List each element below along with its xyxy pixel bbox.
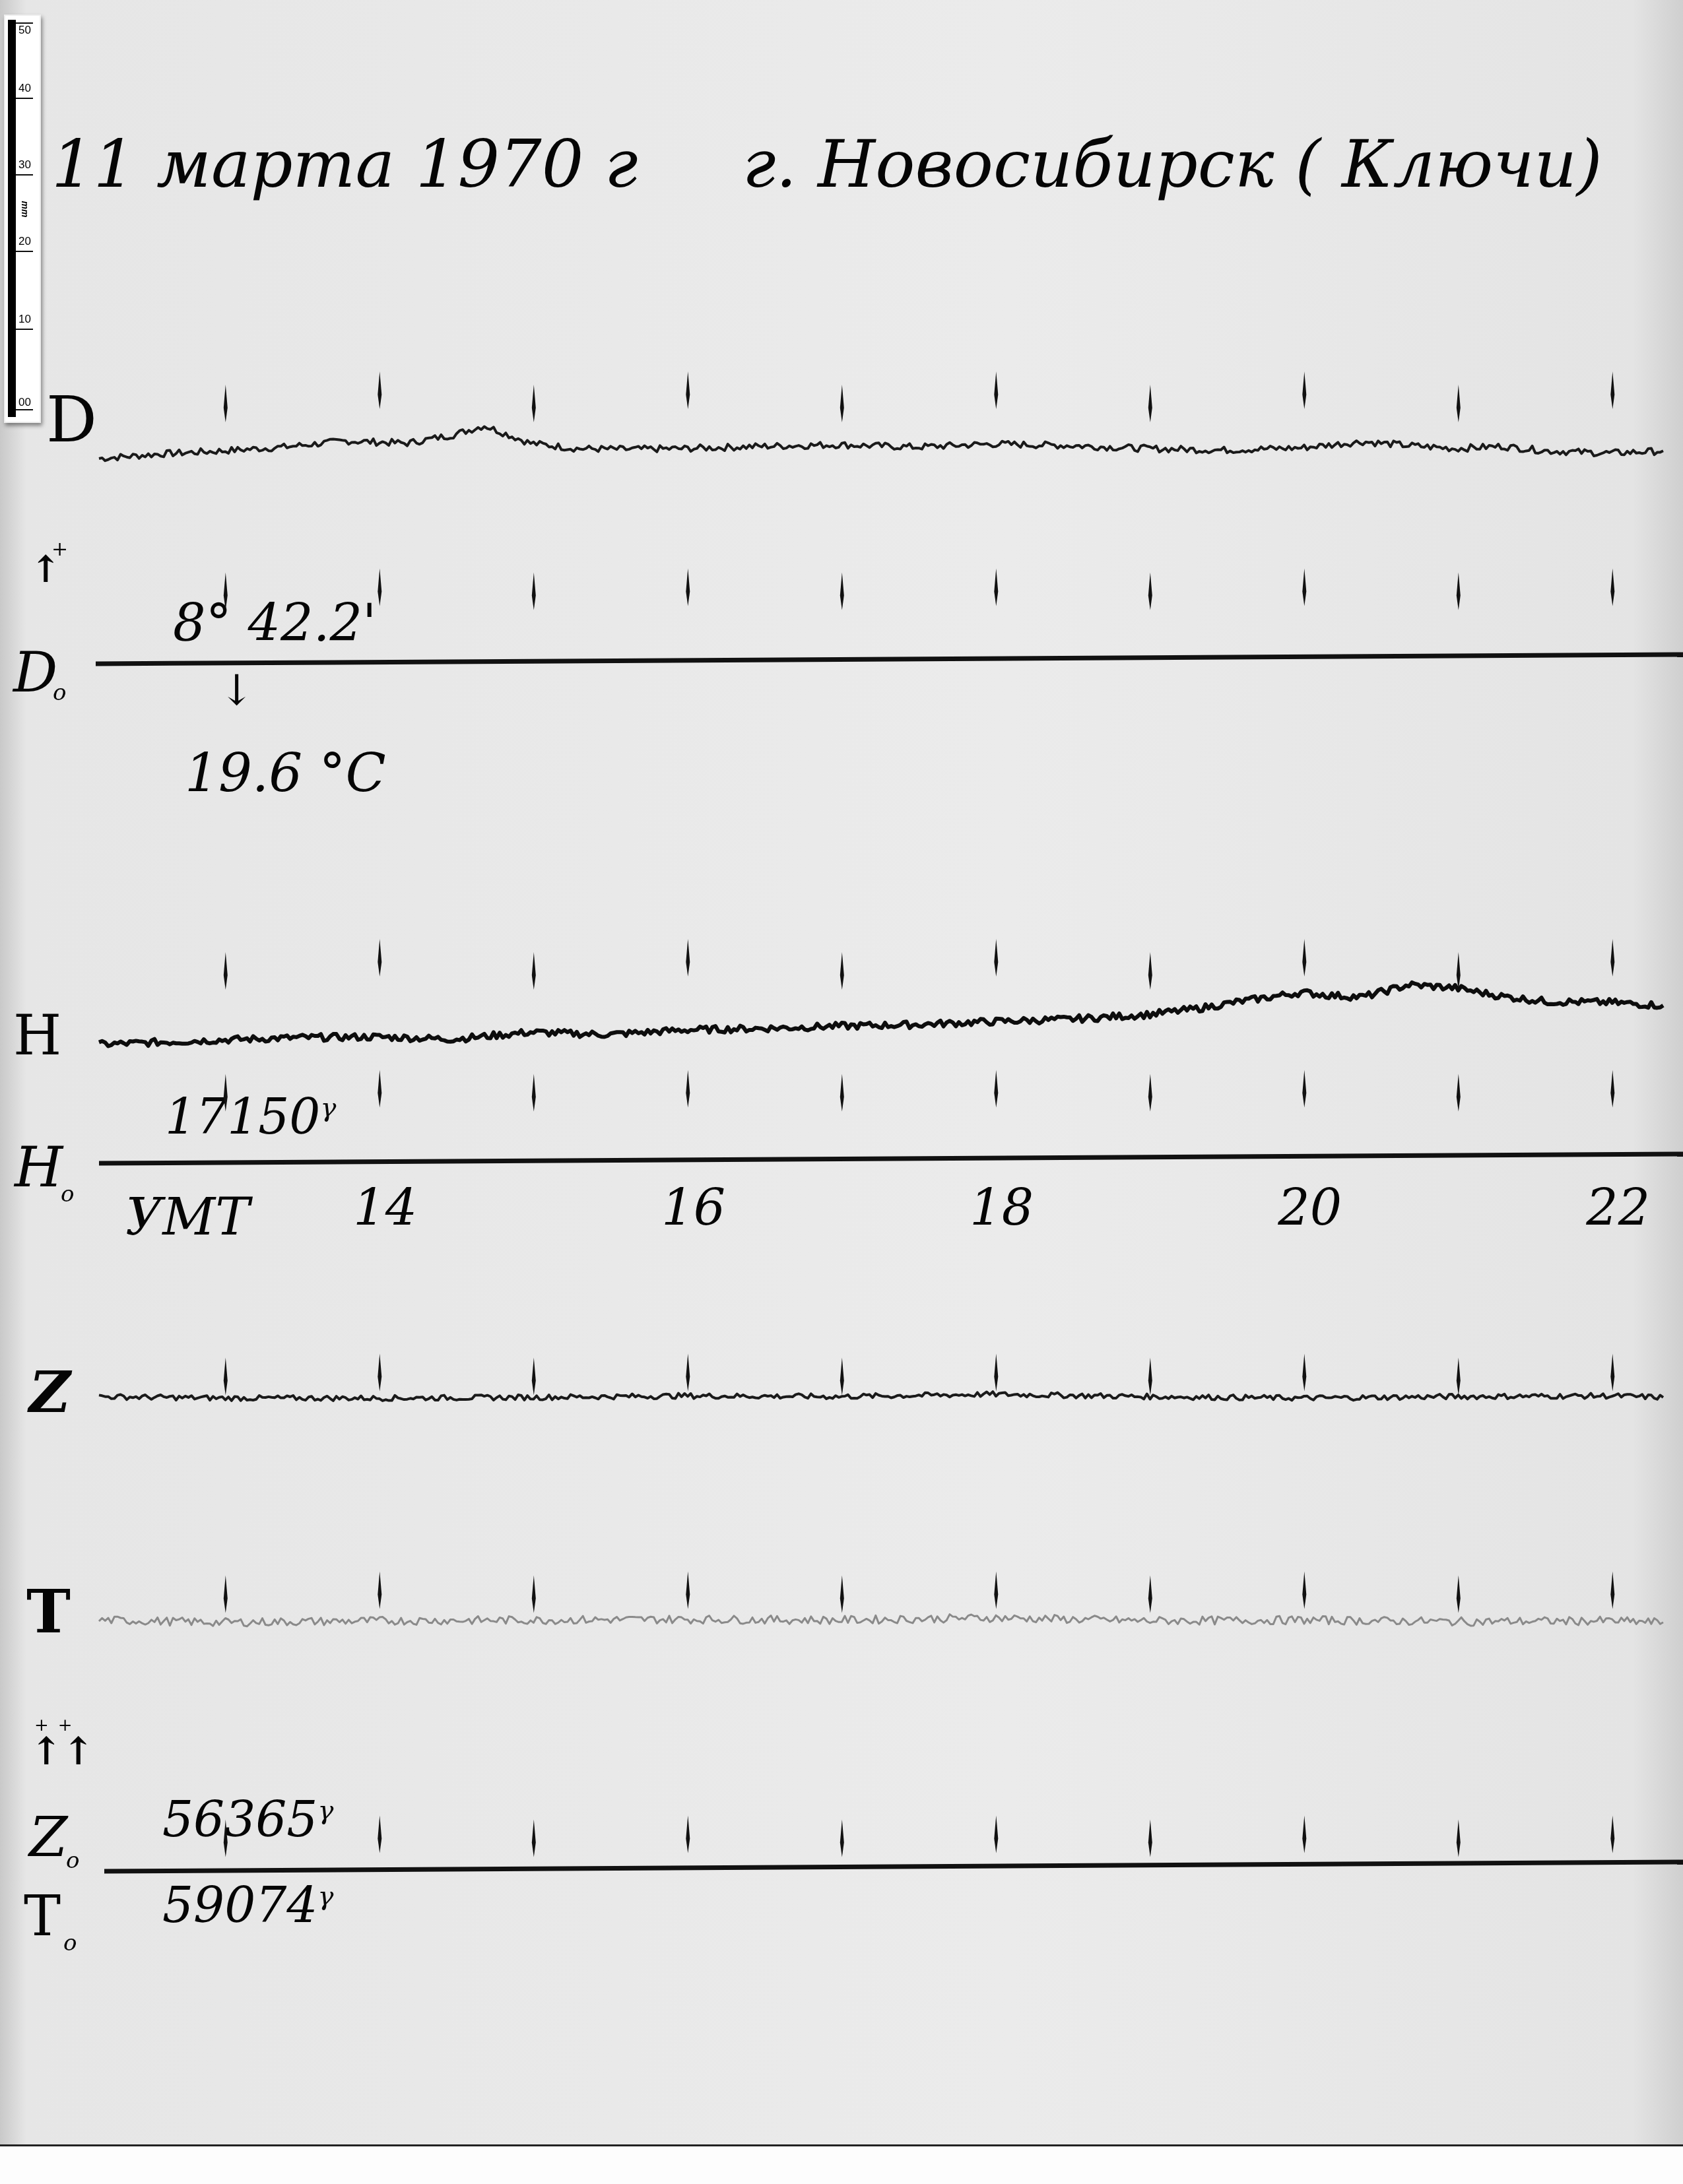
z0-hour-mark: [532, 1819, 536, 1857]
t-hour-mark: [1148, 1575, 1152, 1613]
h-hour-mark: [1610, 939, 1614, 977]
d-hour-mark: [686, 371, 690, 409]
z0-hour-mark: [840, 1819, 844, 1857]
trace-d: [99, 427, 1663, 461]
h0-baseline: [99, 1154, 1683, 1163]
z-hour-mark: [1148, 1357, 1152, 1395]
h0-hour-mark: [994, 1070, 998, 1107]
h0-hour-mark: [1302, 1070, 1306, 1107]
d-hour-mark: [378, 371, 381, 409]
h0-hour-mark: [532, 1074, 536, 1111]
z-hour-mark: [1302, 1353, 1306, 1391]
d-hour-mark: [1148, 385, 1152, 422]
z-hour-mark: [840, 1357, 844, 1395]
z-hour-mark: [532, 1357, 536, 1395]
h0-hour-mark: [378, 1070, 381, 1107]
h0-hour-mark: [1610, 1070, 1614, 1107]
h-hour-mark: [994, 939, 998, 977]
z0-hour-mark: [1148, 1819, 1152, 1857]
z0-hour-mark: [378, 1815, 381, 1853]
h-hour-mark: [532, 952, 536, 990]
z0-baseline: [104, 1862, 1683, 1871]
z0-hour-mark: [686, 1815, 690, 1853]
h-hour-mark: [840, 952, 844, 990]
z0-hour-mark: [1457, 1819, 1461, 1857]
d-hour-mark: [840, 385, 844, 422]
d0-hour-mark: [1302, 568, 1306, 606]
h0-hour-mark: [840, 1074, 844, 1111]
h0-hour-mark: [224, 1074, 228, 1111]
h0-hour-mark: [1148, 1074, 1152, 1111]
d0-hour-mark: [224, 572, 228, 610]
t-hour-mark: [1457, 1575, 1461, 1613]
t-hour-mark: [224, 1575, 228, 1613]
d0-hour-mark: [686, 568, 690, 606]
d0-hour-mark: [532, 572, 536, 610]
d0-hour-mark: [994, 568, 998, 606]
z0-hour-mark: [994, 1815, 998, 1853]
d0-hour-mark: [378, 568, 381, 606]
z-hour-mark: [1610, 1353, 1614, 1391]
z-hour-mark: [994, 1353, 998, 1391]
t-hour-mark: [1610, 1571, 1614, 1609]
z0-hour-mark: [1302, 1815, 1306, 1853]
t-hour-mark: [1302, 1571, 1306, 1609]
magnetogram-traces: [0, 0, 1683, 2184]
trace-z: [99, 1392, 1663, 1401]
h0-hour-mark: [1457, 1074, 1461, 1111]
h-hour-mark: [1302, 939, 1306, 977]
d-hour-mark: [1610, 371, 1614, 409]
z-hour-mark: [224, 1357, 228, 1395]
d-hour-mark: [224, 385, 228, 422]
t-hour-mark: [532, 1575, 536, 1613]
trace-t: [99, 1615, 1663, 1626]
z-hour-mark: [1457, 1357, 1461, 1395]
t-hour-mark: [686, 1571, 690, 1609]
t-hour-mark: [378, 1571, 381, 1609]
d0-hour-mark: [1457, 572, 1461, 610]
z0-hour-mark: [1610, 1815, 1614, 1853]
d-hour-mark: [1457, 385, 1461, 422]
t-hour-mark: [994, 1571, 998, 1609]
z0-hour-mark: [224, 1819, 228, 1857]
h-hour-mark: [1148, 952, 1152, 990]
d-hour-mark: [994, 371, 998, 409]
d-hour-mark: [532, 385, 536, 422]
d0-hour-mark: [1148, 572, 1152, 610]
h0-hour-mark: [686, 1070, 690, 1107]
h-hour-mark: [224, 952, 228, 990]
h-hour-mark: [378, 939, 381, 977]
h-hour-mark: [1457, 952, 1461, 990]
d0-baseline: [96, 655, 1683, 664]
d0-hour-mark: [840, 572, 844, 610]
h-hour-mark: [686, 939, 690, 977]
z-hour-mark: [378, 1353, 381, 1391]
trace-h: [99, 982, 1663, 1046]
t-hour-mark: [840, 1575, 844, 1613]
d-hour-mark: [1302, 371, 1306, 409]
d0-hour-mark: [1610, 568, 1614, 606]
z-hour-mark: [686, 1353, 690, 1391]
